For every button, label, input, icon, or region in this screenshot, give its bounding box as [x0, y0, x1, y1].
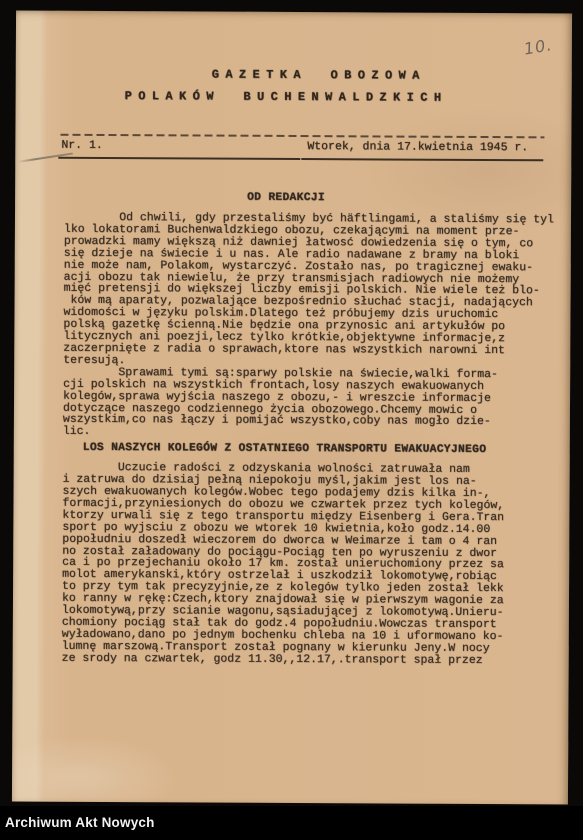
issue-date: Wtorek, dnia 17.kwietnia 1945 r. [301, 140, 543, 161]
transport-body-text: Uczucie radości z odzyskania wolności za… [62, 462, 562, 667]
editorial-body-text: Od chwili, gdy przestaliśmy być häftling… [63, 212, 563, 441]
masthead-title-line2: POLAKÓW BUCHENWALDZKICH [125, 89, 564, 105]
archive-bar: Archiwum Akt Nowych [0, 806, 583, 840]
scanned-document-page: { "colors": { "background": "#0b0907", "… [0, 0, 583, 840]
typewritten-column: GAZETKA OBOZOWA POLAKÓW BUCHENWALDZKICH … [56, 11, 564, 667]
section-heading-editorial: OD REDAKCJI [247, 192, 563, 206]
section-heading-transport: LOS NASZYCH KOLEGÓW Z OSTATNIEGO TRANSPO… [83, 442, 562, 457]
issue-row: Nr. 1. Wtorek, dnia 17.kwietnia 1945 r. [58, 139, 563, 164]
document-paper: 10. GAZETKA OBOZOWA POLAKÓW BUCHENWALDZK… [12, 11, 572, 805]
archive-label: Archiwum Akt Nowych [5, 815, 155, 830]
issue-number: Nr. 1. [58, 139, 300, 160]
masthead-title-line1: GAZETKA OBOZOWA [212, 68, 564, 84]
dashed-divider [60, 134, 544, 139]
